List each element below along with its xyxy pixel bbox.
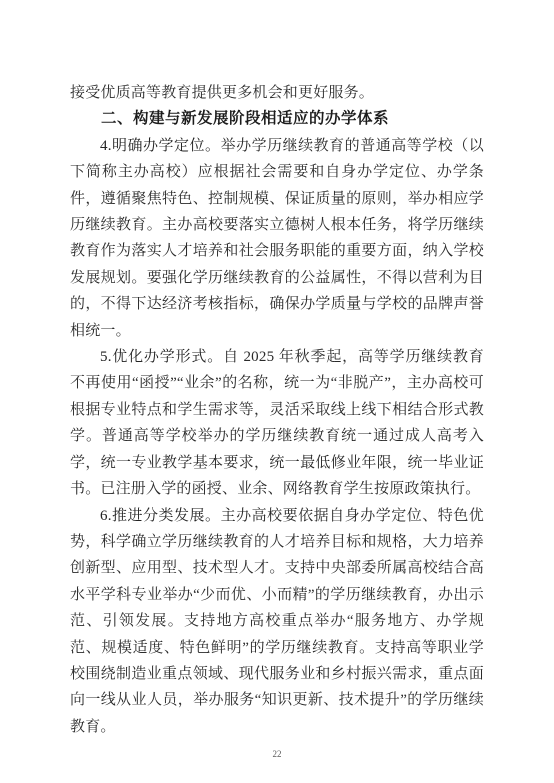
paragraph-4-text: 举办学历继续教育的普通高等学校（以下简称主办高校）应根据社会需要和自身办学定位、… bbox=[70, 138, 484, 339]
paragraph-6-lead: 6.推进分类发展。 bbox=[100, 508, 221, 524]
page-number: 22 bbox=[0, 749, 554, 759]
paragraph-4-lead: 4.明确办学定位。 bbox=[100, 138, 221, 154]
section-heading: 二、构建与新发展阶段相适应的办学体系 bbox=[70, 106, 484, 132]
paragraph-6: 6.推进分类发展。主办高校要依据自身办学定位、特色优势，科学确立学历继续教育的人… bbox=[70, 503, 484, 741]
paragraph-5-text: 自 2025 年秋季起，高等学历继续教育不再使用“函授”“业余”的名称，统一为“… bbox=[70, 349, 484, 497]
document-content: 接受优质高等教育提供更多机会和更好服务。 二、构建与新发展阶段相适应的办学体系 … bbox=[70, 80, 484, 740]
paragraph-5-lead: 5.优化办学形式。 bbox=[100, 349, 223, 365]
paragraph-4: 4.明确办学定位。举办学历继续教育的普通高等学校（以下简称主办高校）应根据社会需… bbox=[70, 133, 484, 344]
paragraph-6-text: 主办高校要依据自身办学定位、特色优势，科学确立学历继续教育的人才培养目标和规格，… bbox=[70, 508, 484, 735]
paragraph-5: 5.优化办学形式。自 2025 年秋季起，高等学历继续教育不再使用“函授”“业余… bbox=[70, 344, 484, 502]
intro-line: 接受优质高等教育提供更多机会和更好服务。 bbox=[70, 80, 484, 106]
document-page: 接受优质高等教育提供更多机会和更好服务。 二、构建与新发展阶段相适应的办学体系 … bbox=[0, 0, 554, 783]
